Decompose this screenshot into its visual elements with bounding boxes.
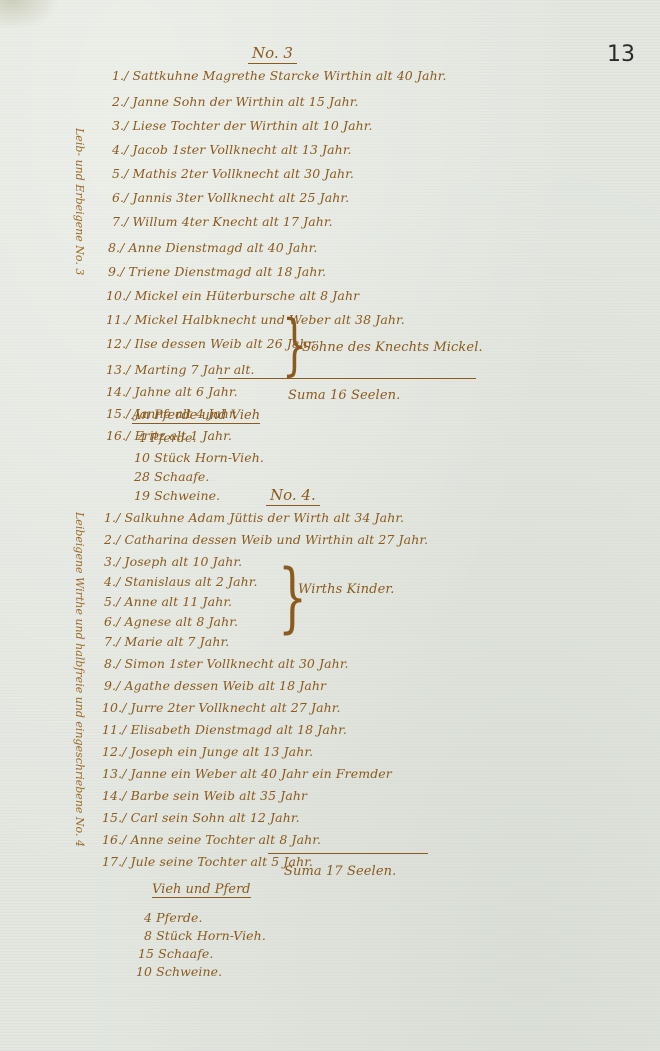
entry: 6./ Agnese alt 8 Jahr. [104,614,238,629]
entry: 17./ Jule seine Tochter alt 5 Jahr. [102,854,313,869]
entry: 14./ Jahne alt 6 Jahr. [106,384,238,399]
household-3-total: Suma 16 Seelen. [288,388,400,403]
entry: 2./ Janne Sohn der Wirthin alt 15 Jahr. [112,94,359,109]
entry: 9./ Triene Dienstmagd alt 18 Jahr. [108,264,326,279]
entry: 7./ Marie alt 7 Jahr. [104,634,229,649]
household-4-brace-note: Wirths Kinder. [298,582,394,597]
entry: 11./ Elisabeth Dienstmagd alt 18 Jahr. [102,722,347,737]
livestock-item: 10 Stück Horn-Vieh. [134,450,264,465]
livestock-item: 10 Schweine. [136,964,222,979]
entry: 10./ Jurre 2ter Vollknecht alt 27 Jahr. [102,700,341,715]
entry: 8./ Simon 1ster Vollknecht alt 30 Jahr. [104,656,349,671]
margin-note-top: Leib- und Erbeigene No. 3 [73,128,86,275]
livestock-item: 19 Schweine. [134,488,220,503]
entry: 6./ Jannis 3ter Vollknecht alt 25 Jahr. [112,190,349,205]
total-rule [218,378,476,379]
livestock-item: 4 Pferde. [138,430,197,445]
livestock-item: 8 Stück Horn-Vieh. [144,928,266,943]
margin-note-bottom: Leibeigene Wirthe und halbfreie und eing… [73,512,86,847]
entry: 4./ Jacob 1ster Vollknecht alt 13 Jahr. [112,142,352,157]
household-3-heading: No. 3 [248,44,297,64]
entry: 14./ Barbe sein Weib alt 35 Jahr [102,788,307,803]
entry: 1./ Salkuhne Adam Jüttis der Wirth alt 3… [104,510,404,525]
entry: 15./ Carl sein Sohn alt 12 Jahr. [102,810,300,825]
page-number: 13 [607,42,635,67]
livestock-item: 28 Schaafe. [134,469,210,484]
entry: 16./ Anne seine Tochter alt 8 Jahr. [102,832,321,847]
household-4-total: Suma 17 Seelen. [284,864,396,879]
household-4-livestock-heading: Vieh und Pferd [152,882,251,898]
entry: 13./ Marting 7 Jahr alt. [106,362,255,377]
entry: 2./ Catharina dessen Weib und Wirthin al… [104,532,428,547]
entry: 12./ Joseph ein Junge alt 13 Jahr. [102,744,313,759]
total-rule [268,853,428,854]
livestock-item: 4 Pferde. [144,910,203,925]
entry: 9./ Agathe dessen Weib alt 18 Jahr [104,678,326,693]
entry: 10./ Mickel ein Hüterbursche alt 8 Jahr [106,288,359,303]
entry: 13./ Janne ein Weber alt 40 Jahr ein Fre… [102,766,392,781]
entry: 4./ Stanislaus alt 2 Jahr. [104,574,258,589]
manuscript-page: 13 Leib- und Erbeigene No. 3 Leibeigene … [0,0,660,1051]
livestock-item: 15 Schaafe. [138,946,214,961]
entry: 3./ Liese Tochter der Wirthin alt 10 Jah… [112,118,373,133]
paper-stain [0,0,60,30]
entry: 1./ Sattkuhne Magrethe Starcke Wirthin a… [112,68,447,83]
entry: 5./ Anne alt 11 Jahr. [104,594,232,609]
household-3-brace-note: Söhne des Knechts Mickel. [302,340,483,355]
entry: 7./ Willum 4ter Knecht alt 17 Jahr. [112,214,333,229]
household-3-livestock-heading: An Pferde und Vieh [132,408,260,424]
entry: 3./ Joseph alt 10 Jahr. [104,554,242,569]
household-4-heading: No. 4. [266,486,320,506]
entry: 11./ Mickel Halbknecht und Weber alt 38 … [106,312,405,327]
entry: 8./ Anne Dienstmagd alt 40 Jahr. [108,240,317,255]
entry: 5./ Mathis 2ter Vollknecht alt 30 Jahr. [112,166,354,181]
